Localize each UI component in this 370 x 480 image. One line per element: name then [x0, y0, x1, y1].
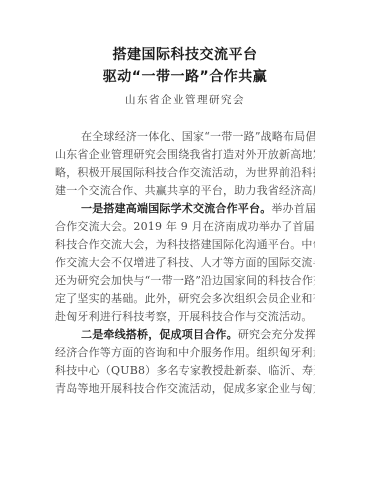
paragraph-2-line-3: 科技合作交流大会，为科技搭建国际化沟通平台。中匈科技合: [55, 236, 315, 254]
paragraph-3-heading: 二是牵线搭桥，促成项目合作。: [81, 328, 238, 341]
title-line-1: 搭建国际科技交流平台: [0, 46, 370, 64]
paragraph-3-line-2: 经济合作等方面的咨询和中介服务作用。组织匈牙利量子生物: [55, 344, 315, 362]
paragraph-2-line-7: 赴匈牙利进行科技考察，开展科技合作与交流活动。: [55, 308, 315, 326]
paragraph-3-line-1: 二是牵线搭桥，促成项目合作。研究会充分发挥在科技、: [55, 326, 315, 344]
article-body: 在全球经济一体化、国家“一带一路”战略布局倡议下， 山东省企业管理研究会围绕我省…: [55, 128, 315, 398]
paragraph-2-line-2: 合作交流大会。2019 年 9 月在济南成功举办了首届中国匈牙利: [55, 218, 315, 236]
paragraph-3-line-4: 青岛等地开展科技合作交流活动，促成多家企业与匈方在高质: [55, 380, 315, 398]
document-page: 搭建国际科技交流平台 驱动“一带一路”合作共赢 山东省企业管理研究会 在全球经济…: [0, 0, 370, 480]
paragraph-3-lead-text: 研究会充分发挥在科技、: [238, 328, 315, 341]
title-line-2: 驱动“一带一路”合作共赢: [0, 68, 370, 86]
paragraph-1-line-2: 山东省企业管理研究会围绕我省打造对外开放新高地发展战: [55, 146, 315, 164]
paragraph-3-line-3: 科技中心（QUB8）多名专家教授赴新泰、临沂、寿光、日照、: [55, 362, 315, 380]
author-line: 山东省企业管理研究会: [0, 93, 370, 107]
paragraph-1-line-4: 建一个交流合作、共赢共享的平台，助力我省经济高质量发展。: [55, 182, 315, 200]
paragraph-2-line-6: 定了坚实的基础。此外，研究会多次组织会员企业和有关单位: [55, 290, 315, 308]
paragraph-2-line-1: 一是搭建高端国际学术交流合作平台。举办首届中匈科技: [55, 200, 315, 218]
paragraph-1-line-3: 略，积极开展国际科技合作交流活动，为世界前沿科技成果搭: [55, 164, 315, 182]
paragraph-1-line-1: 在全球经济一体化、国家“一带一路”战略布局倡议下，: [55, 128, 315, 146]
paragraph-2-line-5: 还为研究会加快与“一带一路”沿边国家间的科技合作交流奠: [55, 272, 315, 290]
paragraph-2-heading: 一是搭建高端国际学术交流合作平台。: [81, 202, 271, 215]
paragraph-2-lead-text: 举办首届中匈科技: [271, 202, 315, 215]
paragraph-2-line-4: 作交流大会不仅增进了科技、人才等方面的国际交流与合作，: [55, 254, 315, 272]
